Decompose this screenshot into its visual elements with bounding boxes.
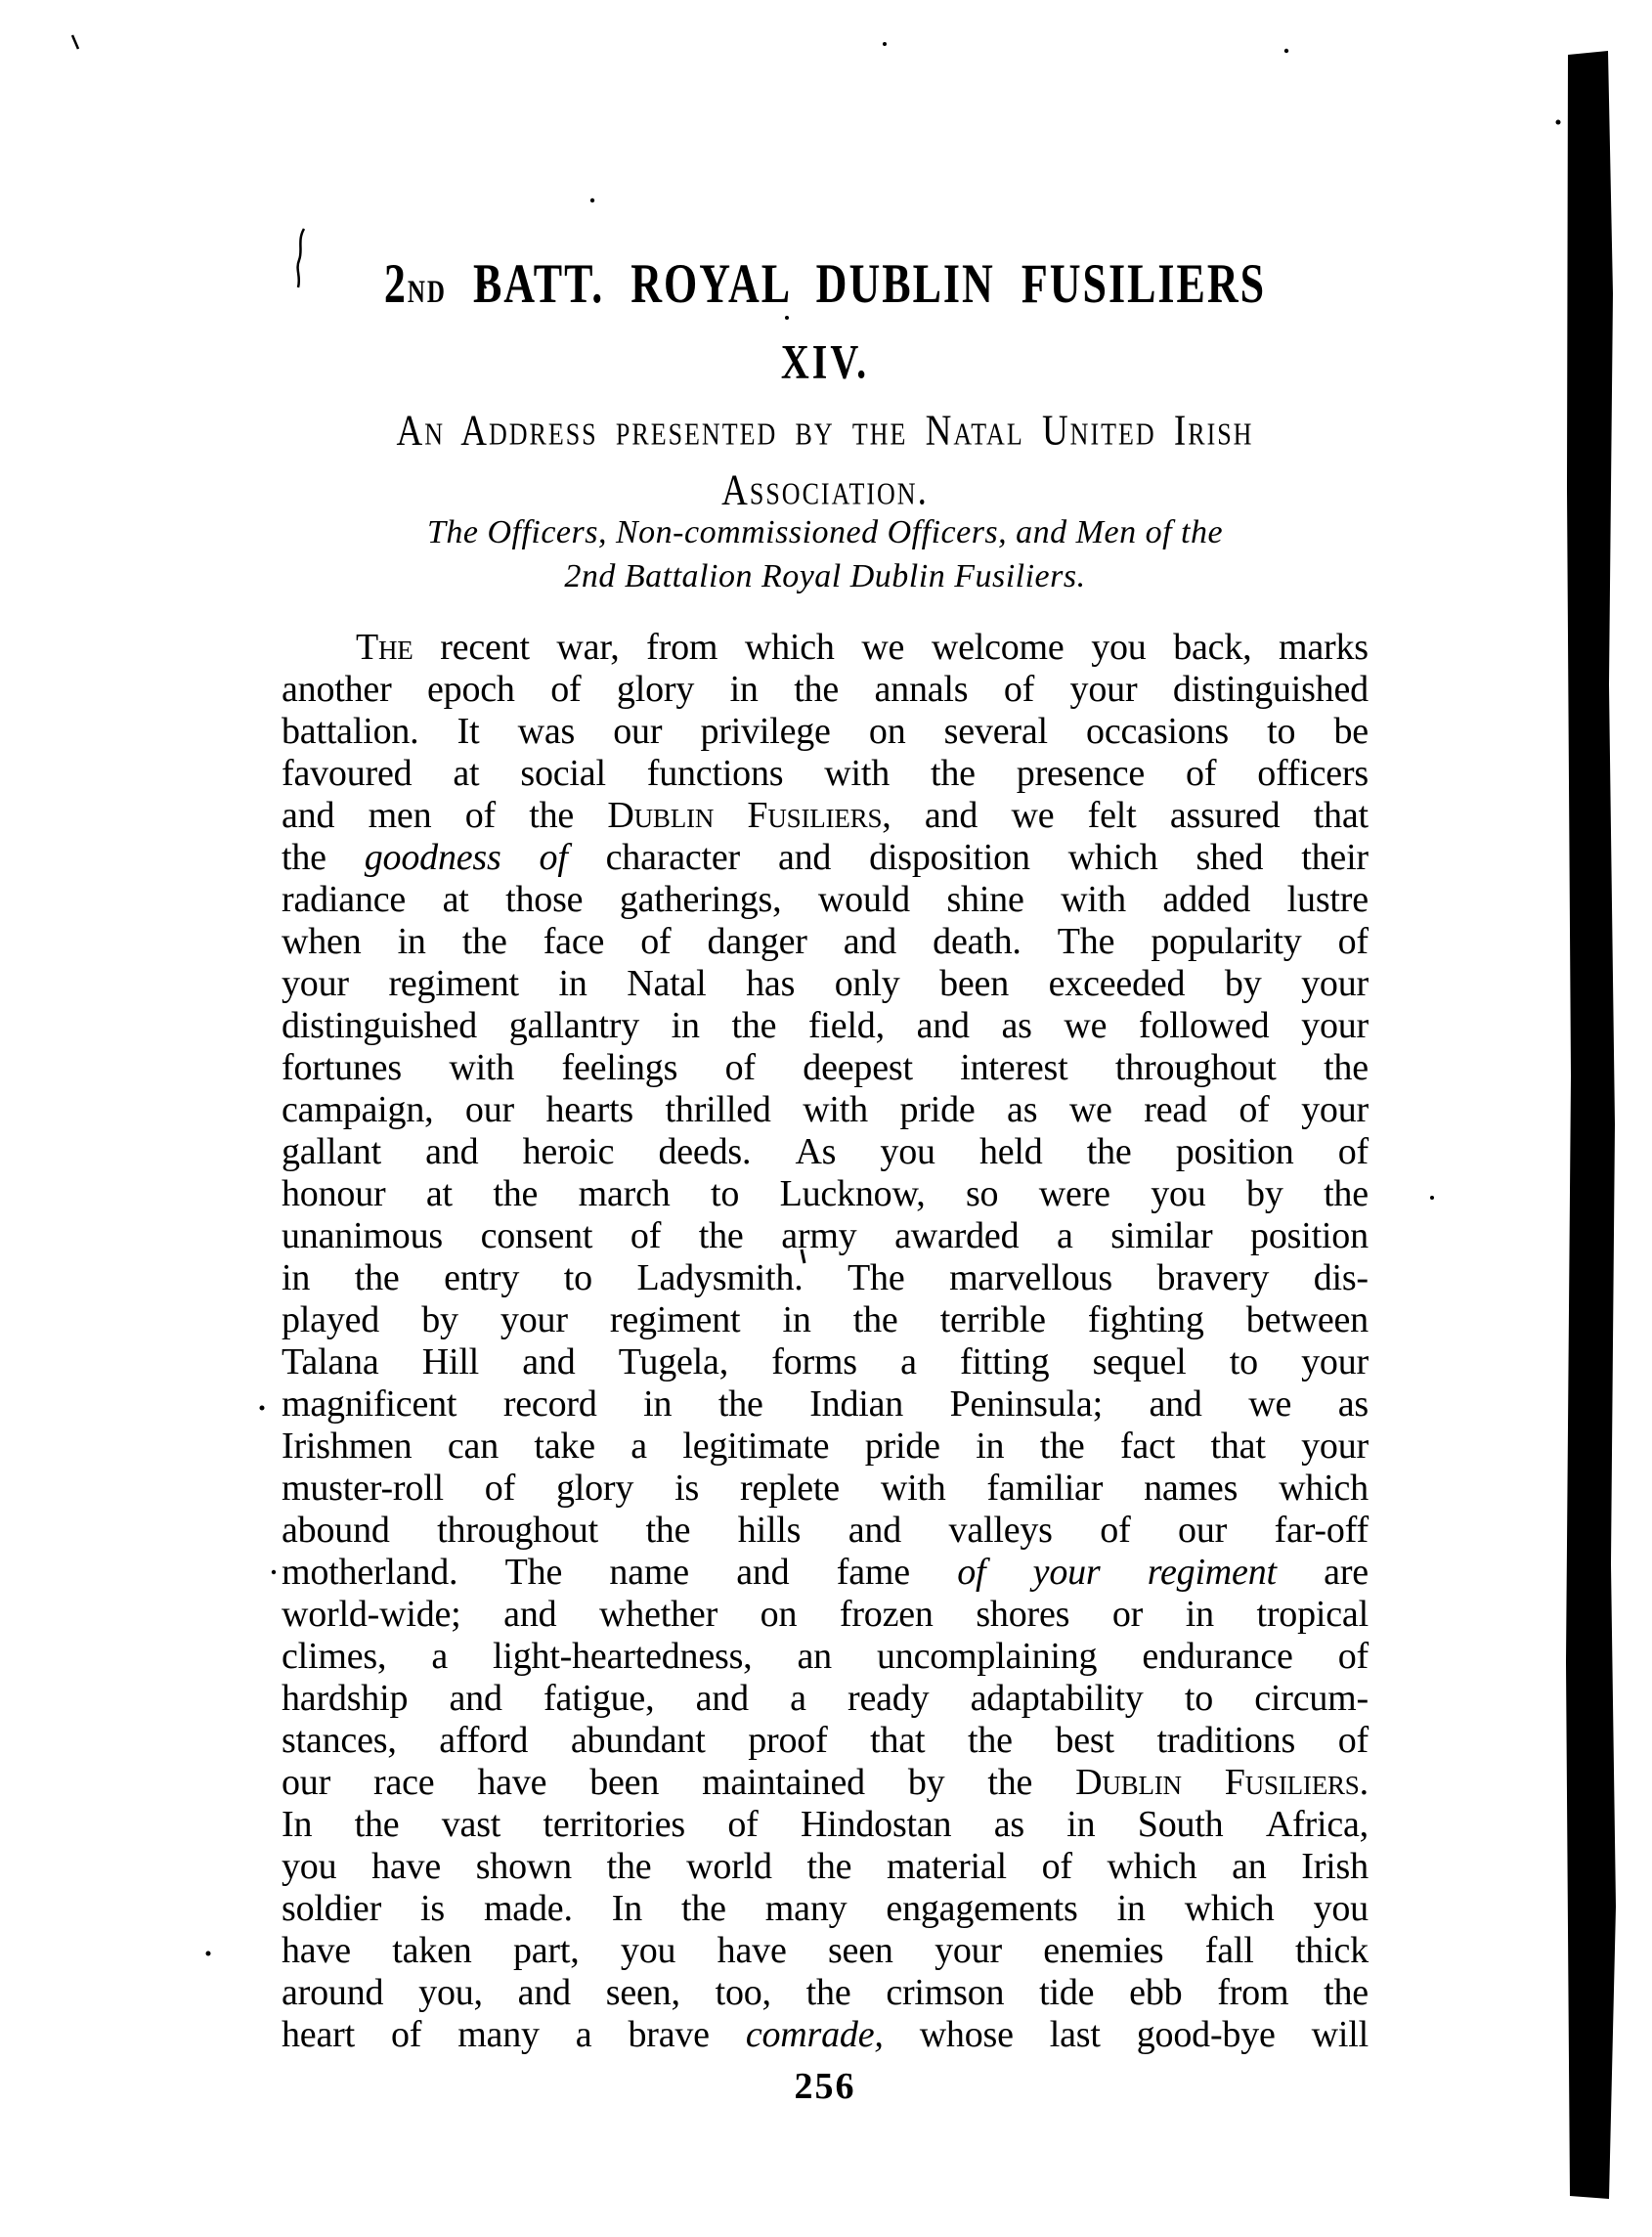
scanned-book-page: 2nd BATT. ROYAL DUBLIN FUSILIERS XIV. An… <box>0 0 1652 2237</box>
ink-speck <box>260 1406 265 1411</box>
text-line: campaign,ourheartsthrilledwithprideaswer… <box>282 1088 1369 1130</box>
text-line: radianceatthosegatherings,wouldshinewith… <box>282 878 1369 920</box>
text-line: magnificentrecordintheIndianPeninsula;an… <box>282 1382 1369 1425</box>
text-line: hardshipandfatigue,andareadyadaptability… <box>282 1677 1369 1719</box>
text-line: havetakenpart,youhaveseenyourenemiesfall… <box>282 1929 1369 1971</box>
binding-shadow-bar <box>1566 51 1616 2199</box>
text-line: aroundyou,andseen,too,thecrimsontideebbf… <box>282 1971 1369 2013</box>
text-line: Therecentwar,fromwhichwewelcomeyouback,m… <box>282 626 1369 668</box>
text-line: gallantandheroicdeeds.Asyouheldthepositi… <box>282 1130 1369 1172</box>
text-line: unanimousconsentofthearmyawardedasimilar… <box>282 1214 1369 1256</box>
text-line: aboundthroughoutthehillsandvalleysofourf… <box>282 1509 1369 1551</box>
text-line: stances,affordabundantproofthatthebesttr… <box>282 1719 1369 1761</box>
page-number: 256 <box>282 2065 1369 2108</box>
section-number: XIV. <box>282 332 1369 390</box>
text-line: heartofmanyabravecomrade,whoselastgood-b… <box>282 2013 1369 2055</box>
ink-speck <box>206 1952 211 1956</box>
text-line: youhaveshowntheworldthematerialofwhichan… <box>282 1845 1369 1887</box>
text-line: battalion.Itwasourprivilegeonseveralocca… <box>282 710 1369 752</box>
ink-speck <box>1556 120 1561 125</box>
text-line: intheentrytoLadysmith.Themarvellousbrave… <box>282 1256 1369 1298</box>
text-line: favouredatsocialfunctionswiththepresence… <box>282 752 1369 794</box>
text-line: motherland.Thenameandfameofyourregimenta… <box>282 1551 1369 1593</box>
text-line: honouratthemarchtoLucknow,sowereyoubythe <box>282 1172 1369 1214</box>
ink-speck <box>72 35 78 49</box>
text-line: distinguishedgallantryinthefield,andaswe… <box>282 1004 1369 1046</box>
text-line: thegoodnessofcharacteranddispositionwhic… <box>282 836 1369 878</box>
text-line: playedbyyourregimentintheterriblefightin… <box>282 1298 1369 1340</box>
page-content: 2nd BATT. ROYAL DUBLIN FUSILIERS XIV. An… <box>282 0 1369 2237</box>
address-subtitle: The Officers, Non-commissioned Officers,… <box>282 510 1369 598</box>
page-title: 2nd BATT. ROYAL DUBLIN FUSILIERS <box>282 251 1369 316</box>
text-line: yourregimentinNatalhasonlybeenexceededby… <box>282 962 1369 1004</box>
text-line: TalanaHillandTugela,formsafittingsequelt… <box>282 1340 1369 1382</box>
address-heading: An Address presented by the Natal United… <box>282 401 1369 520</box>
text-line: andmenoftheDublinFusiliers,andwefeltassu… <box>282 794 1369 836</box>
text-line: ourracehavebeenmaintainedbytheDublinFusi… <box>282 1761 1369 1803</box>
text-line: fortuneswithfeelingsofdeepestinterestthr… <box>282 1046 1369 1088</box>
address-subtitle-line2: 2nd Battalion Royal Dublin Fusiliers. <box>282 554 1369 598</box>
text-line: wheninthefaceofdangeranddeath.Thepopular… <box>282 920 1369 962</box>
address-heading-line1: An Address presented by the Natal United… <box>282 401 1369 461</box>
ink-speck <box>272 1570 276 1574</box>
text-line: muster-rollofgloryisrepletewithfamiliarn… <box>282 1467 1369 1509</box>
text-line: InthevastterritoriesofHindostanasinSouth… <box>282 1803 1369 1845</box>
text-line: world-wide;andwhetheronfrozenshoresorint… <box>282 1593 1369 1635</box>
text-line: anotherepochofgloryintheannalsofyourdist… <box>282 668 1369 710</box>
text-line: Irishmencantakealegitimateprideinthefact… <box>282 1425 1369 1467</box>
text-line: climes,alight-heartedness,anuncomplainin… <box>282 1635 1369 1677</box>
address-body: Therecentwar,fromwhichwewelcomeyouback,m… <box>282 626 1369 2055</box>
ink-speck <box>1430 1196 1434 1200</box>
text-line: soldierismade.Inthemanyengagementsinwhic… <box>282 1887 1369 1929</box>
address-subtitle-line1: The Officers, Non-commissioned Officers,… <box>282 510 1369 554</box>
